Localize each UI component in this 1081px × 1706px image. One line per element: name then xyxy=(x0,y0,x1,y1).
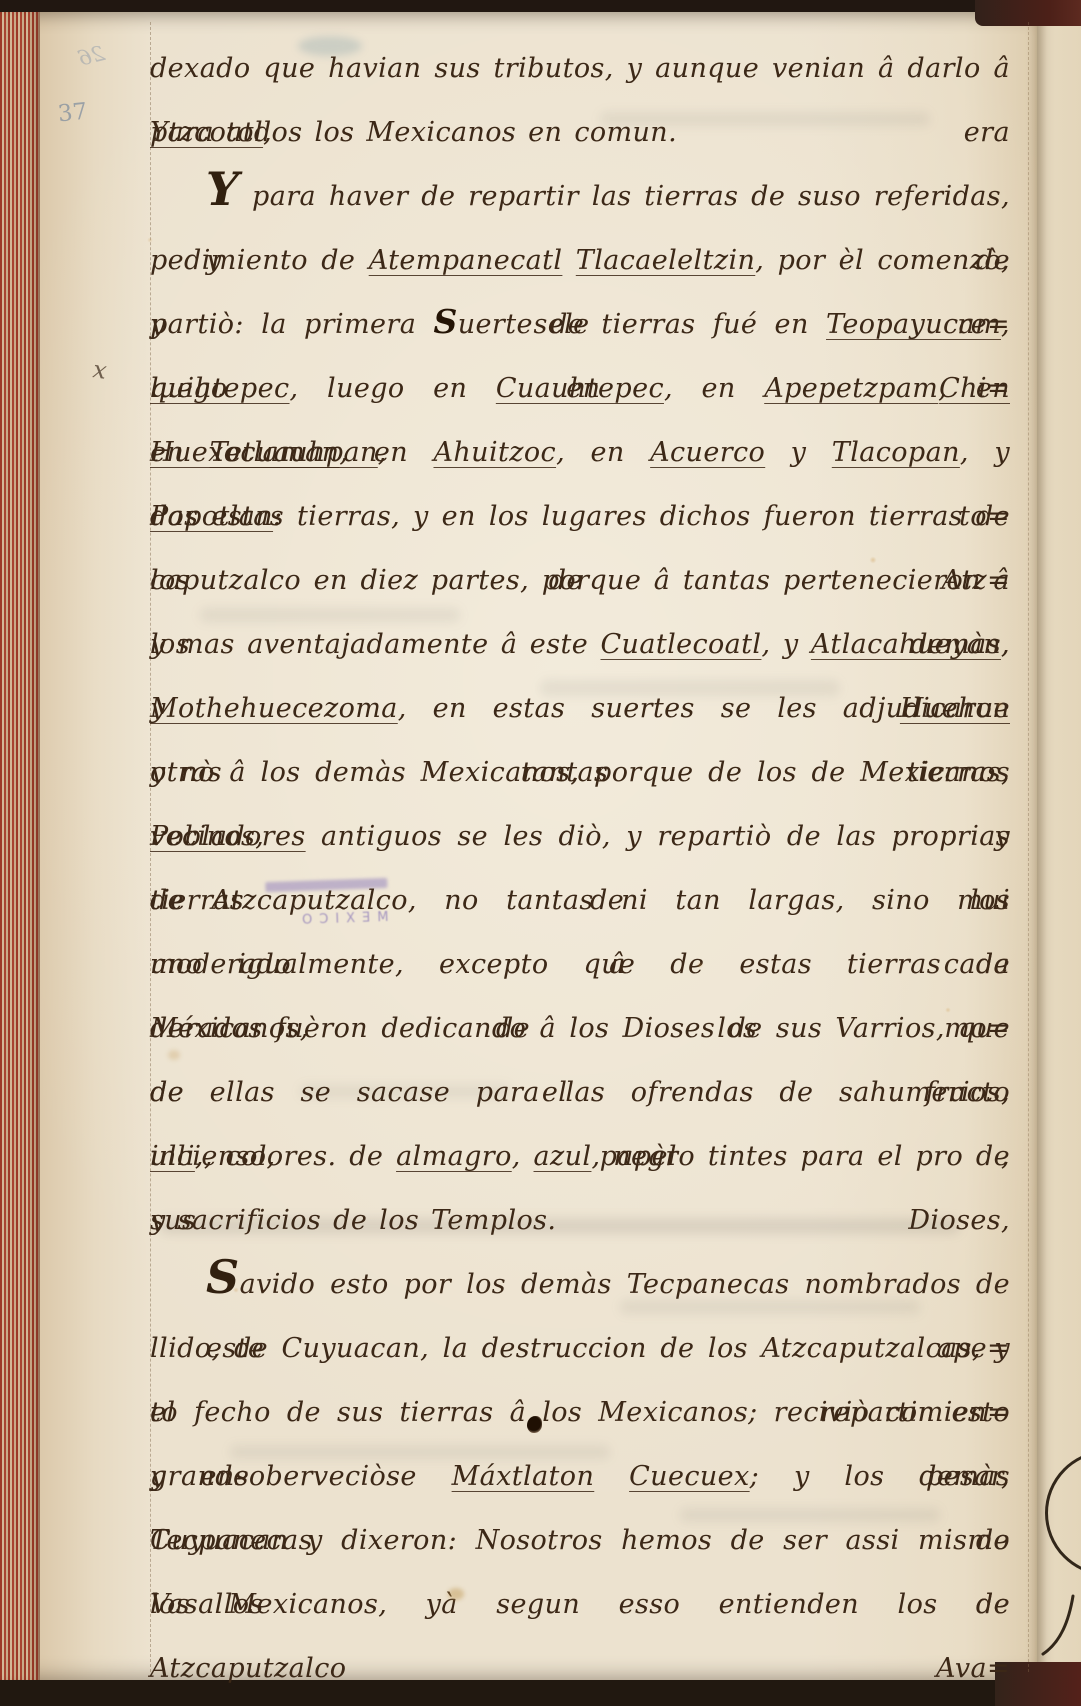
manuscript-line-11: Mothehuecezoma, en estas suertes se les … xyxy=(150,677,1010,741)
text-segment: ,, colores. de xyxy=(195,1141,396,1172)
text-segment xyxy=(562,245,575,276)
manuscript-line-13: Pobladores antiguos se les diò, y repart… xyxy=(150,805,1010,869)
manuscript-line-1: dexado que havian sus tributos, y aunque… xyxy=(150,37,1010,101)
manuscript-line-18: ulli,, colores. de almagro, azul, negro … xyxy=(150,1125,1010,1189)
facing-page-letter-fragment xyxy=(1045,1450,1081,1576)
text-segment: , en xyxy=(664,373,764,404)
ink-blot xyxy=(527,1416,542,1433)
underlined-proper-name: Cuatlecoatl xyxy=(600,629,761,660)
paper-stain xyxy=(168,1050,180,1060)
underlined-proper-name: Teopayucam xyxy=(826,309,1001,340)
text-segment: , en xyxy=(938,373,1010,404)
text-segment: uerte de tierras fué en xyxy=(458,309,826,340)
manuscript-line-7: en Tetlaman, en Ahuitzoc, en Acuerco y T… xyxy=(150,421,1010,485)
text-segment: para todos los Mexicanos en comun. xyxy=(150,117,677,148)
underlined-proper-name: Cuauhtepec xyxy=(496,373,664,404)
underlined-proper-name: Apepetzpam xyxy=(764,373,938,404)
text-segment: , y xyxy=(761,629,810,660)
text-segment: y ensoberveciòse xyxy=(150,1461,452,1492)
facing-page-swash-fragment xyxy=(1039,1590,1079,1660)
manuscript-line-20: Savido esto por los demàs Tecpanecas nom… xyxy=(150,1253,1010,1317)
folio-number: 37 xyxy=(57,99,89,128)
manuscript-line-12: y nò â los demàs Mexicanos, porque de lo… xyxy=(150,741,1010,805)
manuscript-line-9: caputzalco en diez partes, porque â tant… xyxy=(150,549,1010,613)
text-segment: , en xyxy=(556,437,650,468)
underlined-proper-name: Máxtlaton xyxy=(452,1461,595,1492)
manuscript-photo: 26 37 x MEXICO dexado que havian sus tri… xyxy=(0,0,1081,1706)
underlined-proper-name: Atlacahueyan xyxy=(811,629,1001,660)
underlined-proper-name: azul xyxy=(534,1141,592,1172)
underlined-proper-name: almagro xyxy=(396,1141,512,1172)
underlined-proper-name: Tlacopan xyxy=(832,437,960,468)
paper-stain xyxy=(448,1588,464,1600)
book-cover-top-edge xyxy=(0,0,1081,12)
manuscript-line-17: de ellas se sacase para las ofrendas de … xyxy=(150,1061,1010,1125)
underlined-proper-name: Cuecuex xyxy=(629,1461,750,1492)
text-segment: y xyxy=(765,437,832,468)
text-segment: , y xyxy=(960,437,1010,468)
text-segment: pedimiento de xyxy=(150,245,369,276)
text-segment: , luego en xyxy=(290,373,496,404)
ornate-initial: S xyxy=(433,302,457,341)
text-segment: y sacrificios de los Templos. xyxy=(150,1205,556,1236)
text-segment: los Mexicanos, yà segun esso entienden l… xyxy=(150,1589,1010,1684)
ornate-initial: S xyxy=(206,1250,240,1304)
underlined-proper-name: quihtepec xyxy=(150,373,290,404)
manuscript-line-6: quihtepec, luego en Cuauhtepec, en Apepe… xyxy=(150,357,1010,421)
manuscript-line-10: y mas aventajadamente â este Cuatlecoatl… xyxy=(150,613,1010,677)
manuscript-line-14: de Atzcaputzalco, no tantas ni tan larga… xyxy=(150,869,1010,933)
text-segment: dexado que havian sus tributos, y aunque… xyxy=(150,53,1010,84)
facing-page-edge xyxy=(1037,10,1081,1670)
manuscript-line-8: das estas tierras, y en los lugares dich… xyxy=(150,485,1010,549)
ornate-initial: Y xyxy=(206,162,239,216)
underlined-proper-name: Ahuitzoc xyxy=(433,437,556,468)
manuscript-line-21: llido, de Cuyuacan, la destruccion de lo… xyxy=(150,1317,1010,1381)
underlined-proper-name: Tlacaeleltzin xyxy=(576,245,756,276)
manuscript-line-25: los Mexicanos, yà segun esso entienden l… xyxy=(150,1573,1010,1637)
text-segment: , en xyxy=(339,437,433,468)
book-fore-edge-stripes xyxy=(0,10,40,1682)
underlined-proper-name: Acuerco xyxy=(650,437,765,468)
manuscript-line-22: to fecho de sus tierras â los Mexicanos;… xyxy=(150,1381,1010,1445)
manuscript-line-15: uno igualmente, excepto que de estas tie… xyxy=(150,933,1010,997)
text-segment: partiò: la primera xyxy=(150,309,433,340)
text-block: dexado que havian sus tributos, y aunque… xyxy=(150,37,1010,1637)
margin-rule-right xyxy=(1028,22,1029,1672)
manuscript-line-3: Y para haver de repartir las tierras de … xyxy=(150,165,1010,229)
underlined-proper-name: Atempanecatl xyxy=(369,245,563,276)
underlined-proper-name: Mothehuecezoma xyxy=(150,693,398,724)
underlined-proper-name: ulli xyxy=(150,1141,195,1172)
underlined-proper-name: Tetlaman xyxy=(210,437,340,468)
underlined-proper-name: Pobladores xyxy=(150,821,306,852)
manuscript-line-4: pedimiento de Atempanecatl Tlacaeleltzin… xyxy=(150,229,1010,293)
manuscript-line-16: derados fuèron dedicando â los Dioses de… xyxy=(150,997,1010,1061)
text-segment: y mas aventajadamente â este xyxy=(150,629,600,660)
manuscript-line-24: Cuyuacan y dixeron: Nosotros hemos de se… xyxy=(150,1509,1010,1573)
text-segment: , xyxy=(512,1141,534,1172)
text-segment xyxy=(594,1461,629,1492)
text-segment: en xyxy=(150,437,210,468)
manuscript-line-5: partiò: la primera Suerte de tierras fué… xyxy=(150,293,1010,357)
manuscript-line-23: y ensoberveciòse Máxtlaton Cuecuex; y lo… xyxy=(150,1445,1010,1509)
